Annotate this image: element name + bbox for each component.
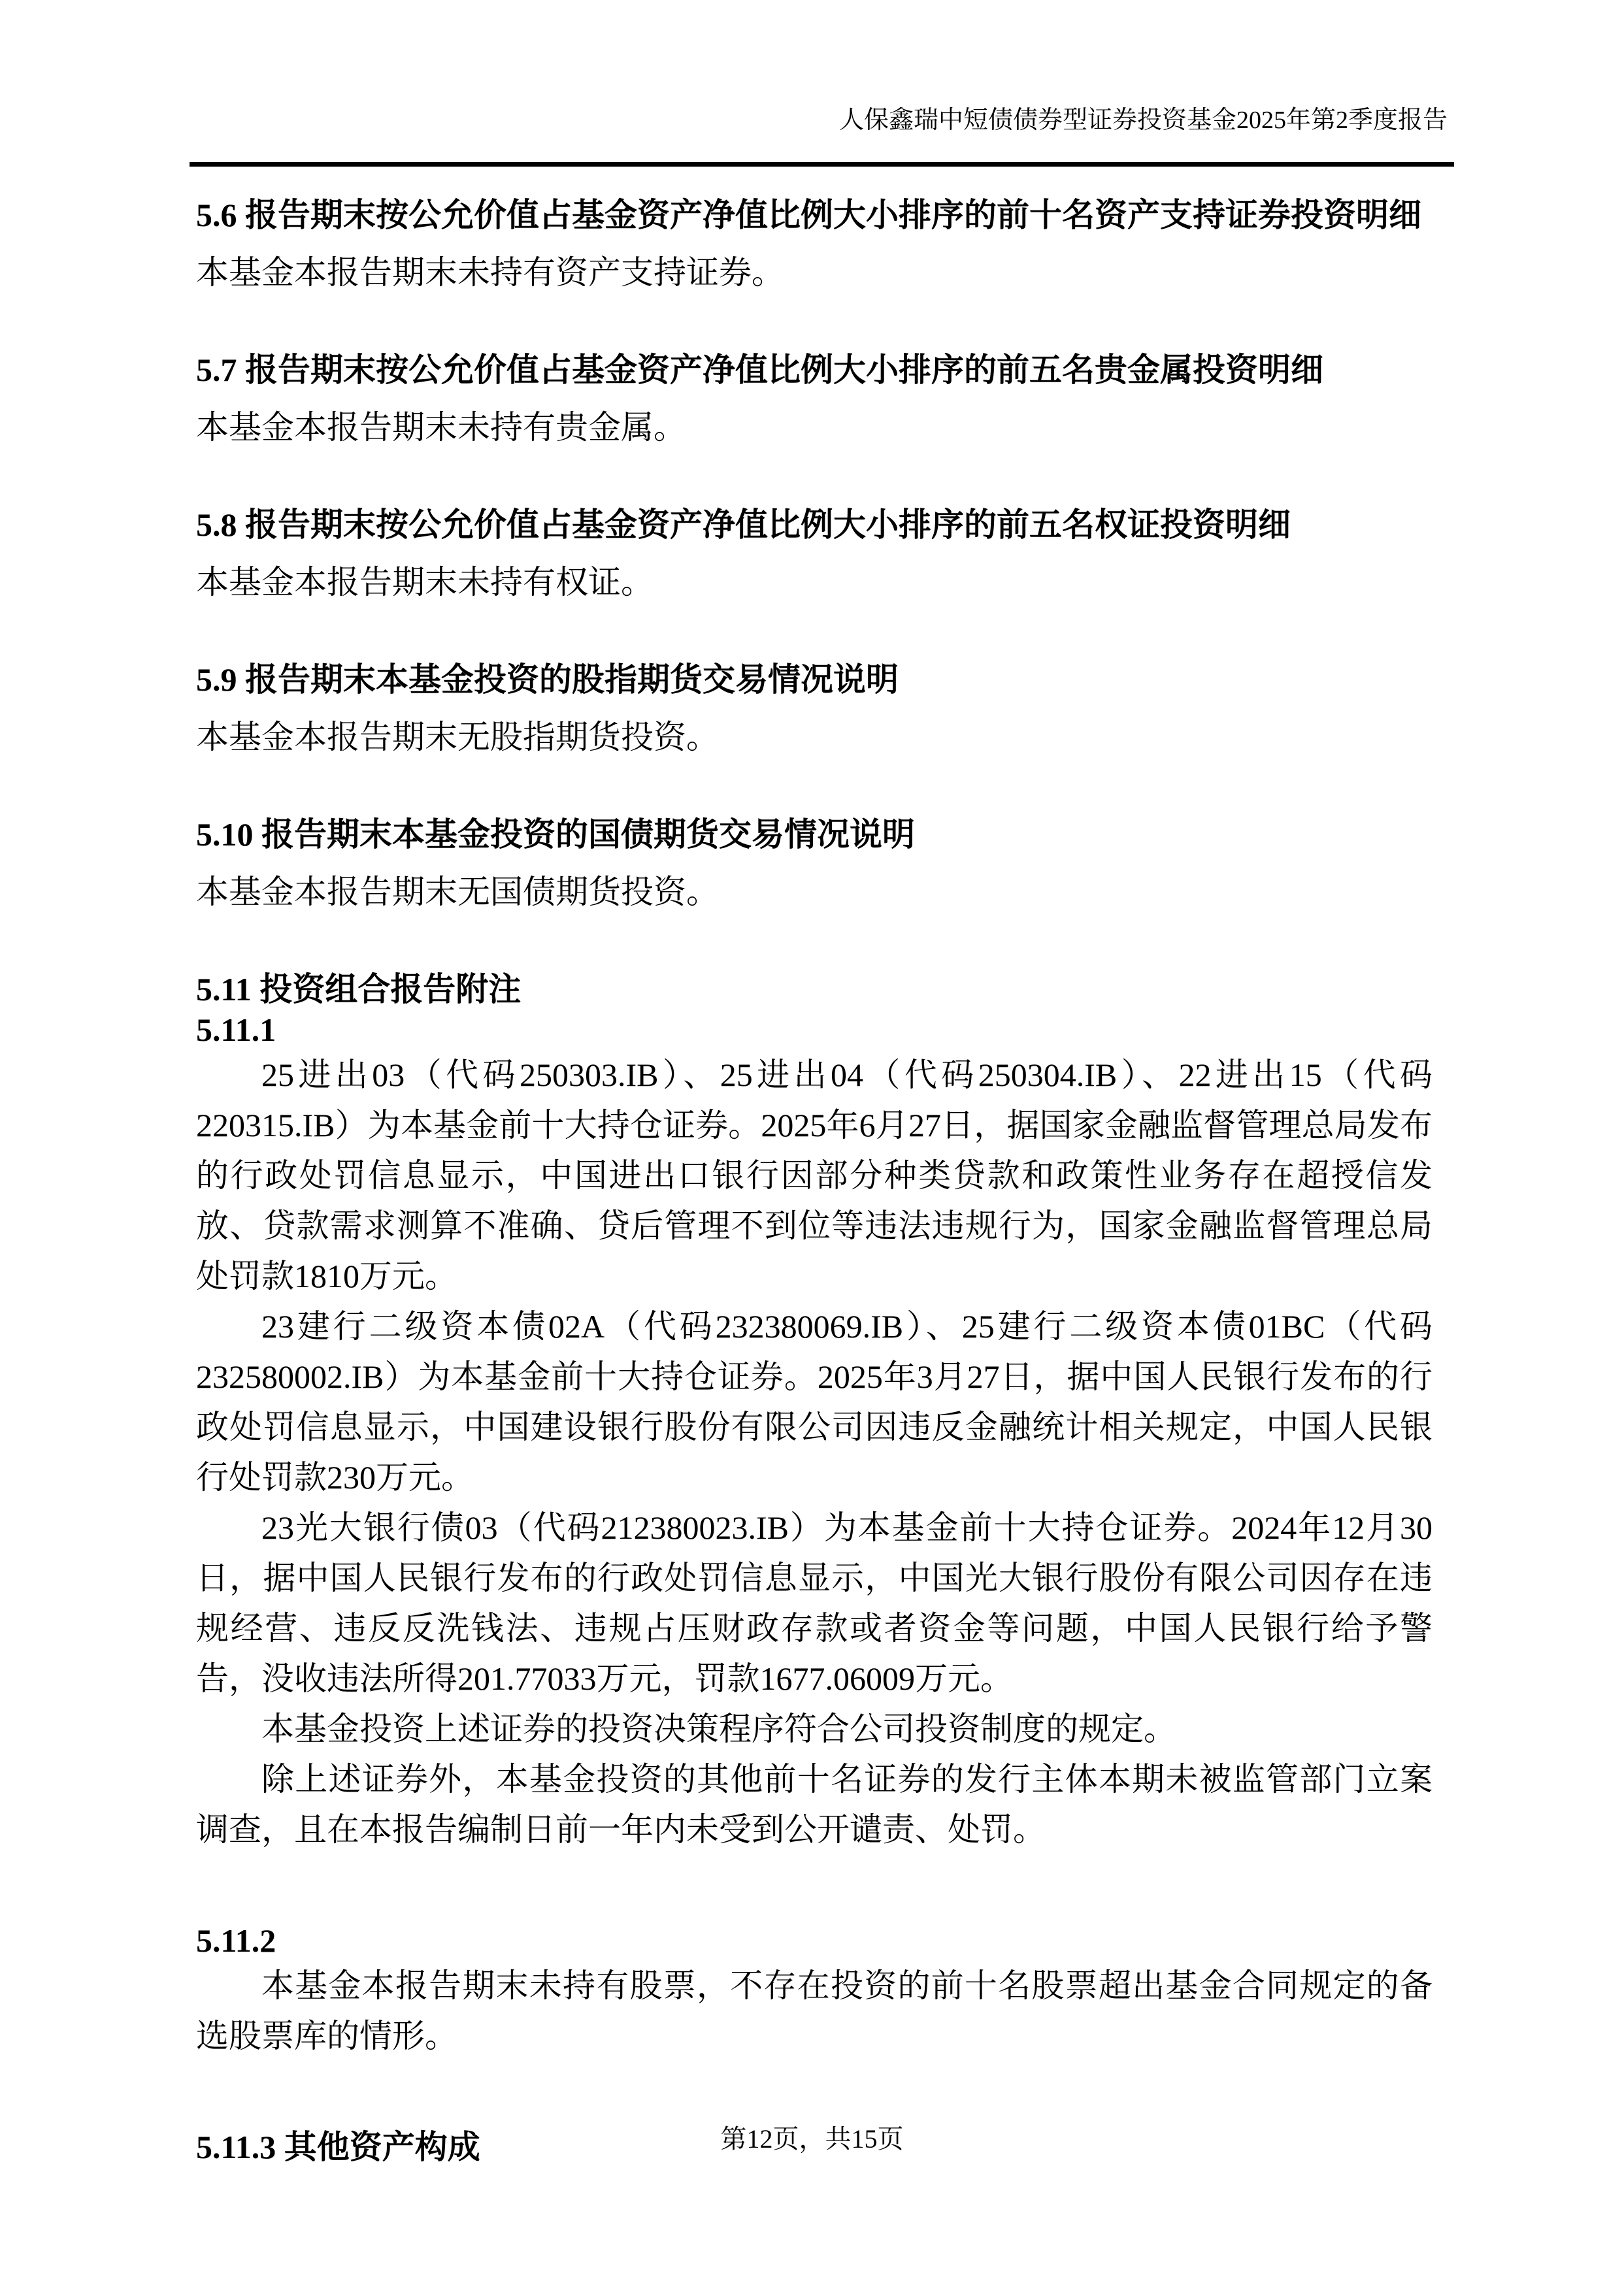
report-page: 人保鑫瑞中短债债券型证券投资基金2025年第2季度报告 5.6 报告期末按公允价… [0,0,1624,2296]
page-content: 5.6 报告期末按公允价值占基金资产净值比例大小排序的前十名资产支持证券投资明细… [196,195,1433,2167]
page-number: 第12页，共15页 [0,2124,1624,2155]
section-5-10: 5.10 报告期末本基金投资的国债期货交易情况说明 本基金本报告期末无国债期货投… [196,814,1433,912]
section-5-11-2-heading: 5.11.2 [196,1920,1433,1961]
section-5-6-heading: 5.6 报告期末按公允价值占基金资产净值比例大小排序的前十名资产支持证券投资明细 [196,195,1433,235]
section-5-11-2-paragraph: 本基金本报告期末未持有股票，不存在投资的前十名股票超出基金合同规定的备选股票库的… [196,1961,1433,2061]
section-5-6-body: 本基金本报告期末未持有资产支持证券。 [196,252,1433,293]
section-5-7: 5.7 报告期末按公允价值占基金资产净值比例大小排序的前五名贵金属投资明细 本基… [196,350,1433,448]
section-5-10-body: 本基金本报告期末无国债期货投资。 [196,872,1433,912]
section-5-9-body: 本基金本报告期末无股指期货投资。 [196,717,1433,757]
section-5-11-1-paragraph-5: 除上述证券外，本基金投资的其他前十名证券的发行主体本期未被监管部门立案调查，且在… [196,1754,1433,1855]
section-5-9-heading: 5.9 报告期末本基金投资的股指期货交易情况说明 [196,659,1433,700]
section-5-11-heading: 5.11 投资组合报告附注 [196,969,1433,1009]
section-5-6: 5.6 报告期末按公允价值占基金资产净值比例大小排序的前十名资产支持证券投资明细… [196,195,1433,293]
section-5-7-heading: 5.7 报告期末按公允价值占基金资产净值比例大小排序的前五名贵金属投资明细 [196,350,1433,390]
section-5-8: 5.8 报告期末按公允价值占基金资产净值比例大小排序的前五名权证投资明细 本基金… [196,504,1433,602]
section-5-11-1-heading: 5.11.1 [196,1009,1433,1050]
section-5-7-body: 本基金本报告期末未持有贵金属。 [196,407,1433,448]
header-divider [190,162,1454,167]
section-5-11-1-paragraph-1: 25进出03（代码250303.IB）、25进出04（代码250304.IB）、… [196,1050,1433,1302]
section-5-9: 5.9 报告期末本基金投资的股指期货交易情况说明 本基金本报告期末无股指期货投资… [196,659,1433,757]
section-5-8-body: 本基金本报告期末未持有权证。 [196,562,1433,602]
page-header-title: 人保鑫瑞中短债债券型证券投资基金2025年第2季度报告 [190,105,1448,136]
section-5-10-heading: 5.10 报告期末本基金投资的国债期货交易情况说明 [196,814,1433,855]
section-5-11-1-paragraph-4: 本基金投资上述证券的投资决策程序符合公司投资制度的规定。 [196,1704,1433,1754]
section-5-11-1-paragraph-2: 23建行二级资本债02A（代码232380069.IB）、25建行二级资本债01… [196,1302,1433,1503]
section-5-8-heading: 5.8 报告期末按公允价值占基金资产净值比例大小排序的前五名权证投资明细 [196,504,1433,545]
section-5-11-1-paragraph-3: 23光大银行债03（代码212380023.IB）为本基金前十大持仓证券。202… [196,1503,1433,1704]
